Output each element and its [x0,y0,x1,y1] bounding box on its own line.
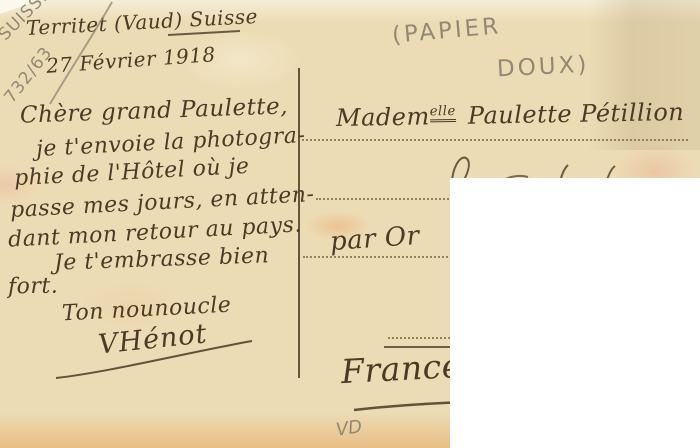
signature: VHénot [97,320,209,358]
message-line: je t'envoie la photogra- [36,125,306,161]
country-line: France [340,349,462,388]
postcard-scan: SUISSE 732/63 Territet (Vaud) Suisse 27 … [0,0,700,448]
message-line: Chère grand Paulette, [20,95,289,127]
message-location-line: Territet (Vaud) Suisse [26,6,259,38]
message-line: fort. [8,276,59,299]
pencil-mark-vd: VD [335,418,363,439]
message-line: Je t'embrasse bien [54,245,270,274]
route-line: par Or [329,223,420,255]
recipient-line: Mademelle Paulette Pétillion [336,100,685,130]
address-dotted-line-1 [302,139,688,141]
privacy-cover-box [450,178,700,448]
pencil-note-doux: DOUX) [496,54,589,82]
message-closing-line: Ton nounoucle [62,295,232,326]
message-date-line: 27 Février 1918 [46,44,217,76]
scan-shadow-band [588,0,700,150]
recipient-superscript: elle [430,104,456,122]
pencil-note-papier: (PAPIER [391,15,502,47]
recipient-name: Paulette Pétillion [468,98,685,130]
recipient-prefix: Madem [336,102,430,132]
